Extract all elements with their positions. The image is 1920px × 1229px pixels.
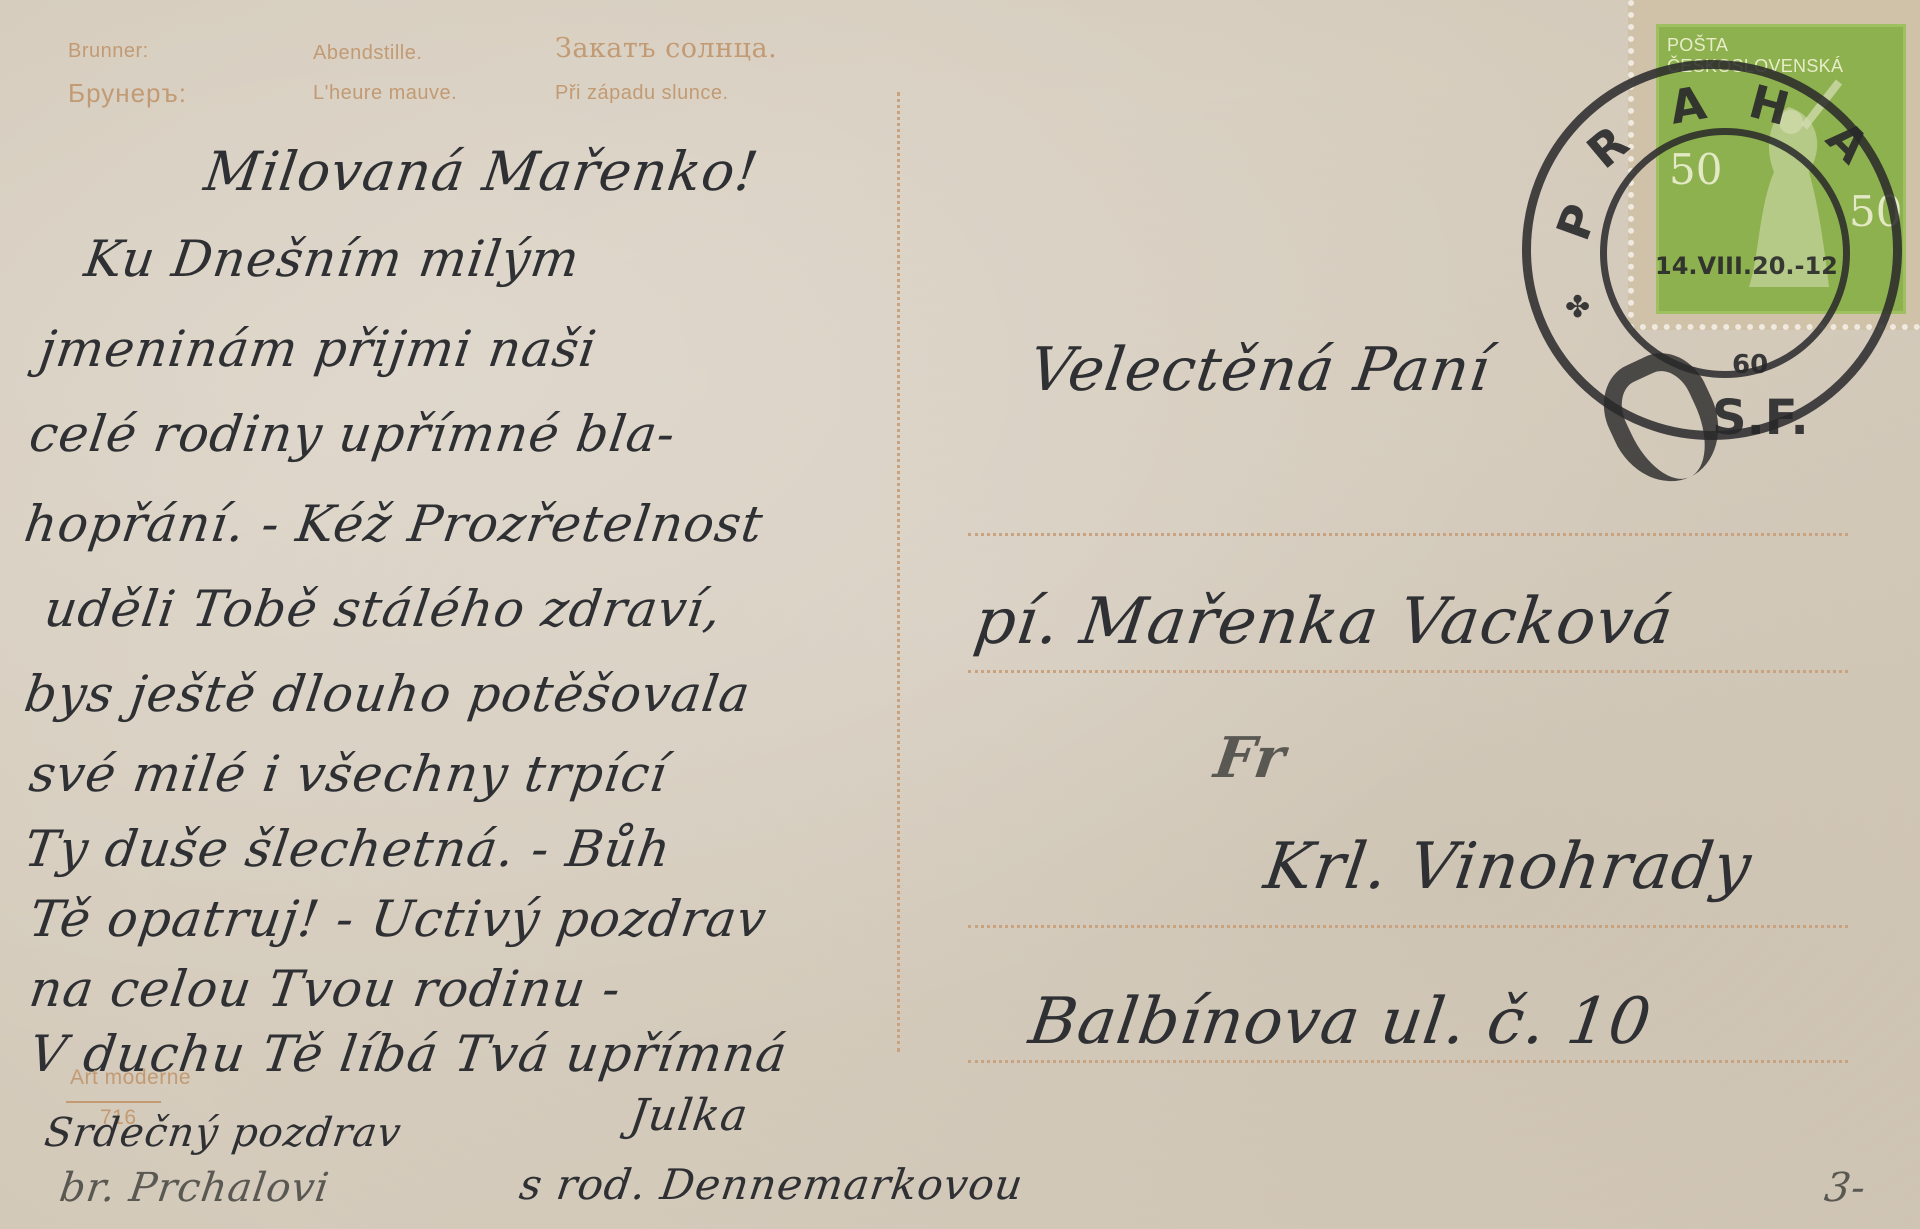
address-line-1 (968, 533, 1848, 536)
header-brunner-cyrillic: Брунеръ: (68, 78, 187, 109)
postmark-date: 14.VIII.20.-12 (1655, 252, 1838, 280)
address-line-2 (968, 670, 1848, 673)
message-line: bys ještě dlouho potěšovala (21, 665, 754, 723)
address-salutation: Velectěná Paní (1025, 335, 1495, 405)
header-brunner-latin: Brunner: (68, 40, 149, 63)
postscript-line-2: br. Prchalovi (57, 1165, 333, 1211)
signature: Julka (626, 1090, 751, 1141)
message-line: Tě opatruj! - Uctivý pozdrav (26, 890, 771, 948)
address-recipient: pí. Mařenka Vacková (970, 585, 1678, 659)
message-salutation: Milovaná Mařenko! (201, 140, 763, 203)
header-title-de: Abendstille. (313, 42, 422, 65)
message-line: uděli Tobě stálého zdraví, (41, 580, 725, 638)
message-line: na celou Tvou rodinu - (26, 960, 625, 1018)
postscript-line-1: Srdečný pozdrav (42, 1110, 405, 1156)
postmark-suffix: S.F. (1712, 390, 1809, 446)
address-line-4 (968, 1060, 1848, 1063)
message-line: své milé i všechny trpící (26, 745, 671, 803)
message-line: jmeninám přijmi naši (36, 320, 601, 378)
postmark-cross-icon: ✤ (1565, 290, 1590, 325)
publisher-series: Art moderne (70, 1066, 191, 1090)
publisher-rule (66, 1101, 161, 1103)
header-title-fr: L'heure mauve. (313, 82, 457, 105)
message-line: hopřání. - Kéž Prozřetelnost (21, 495, 767, 553)
address-street: Balbínova ul. č. 10 (1025, 985, 1656, 1059)
message-line: Ty duše šlechetná. - Bůh (21, 820, 675, 878)
postmark-number: 60 (1732, 350, 1768, 380)
address-mark: Fr (1210, 725, 1290, 791)
center-divider (897, 92, 900, 1052)
message-line: Ku Dnešním milým (81, 230, 584, 288)
header-title-ru: Закатъ солнца. (555, 33, 777, 64)
header-title-cs: Při západu slunce. (555, 82, 729, 105)
corner-note: 3- (1822, 1165, 1869, 1211)
message-line: celé rodiny upřímné bla- (26, 405, 679, 463)
address-line-3 (968, 925, 1848, 928)
address-city: Krl. Vinohrady (1260, 830, 1756, 904)
signature-note: s rod. Dennemarkovou (517, 1160, 1027, 1209)
